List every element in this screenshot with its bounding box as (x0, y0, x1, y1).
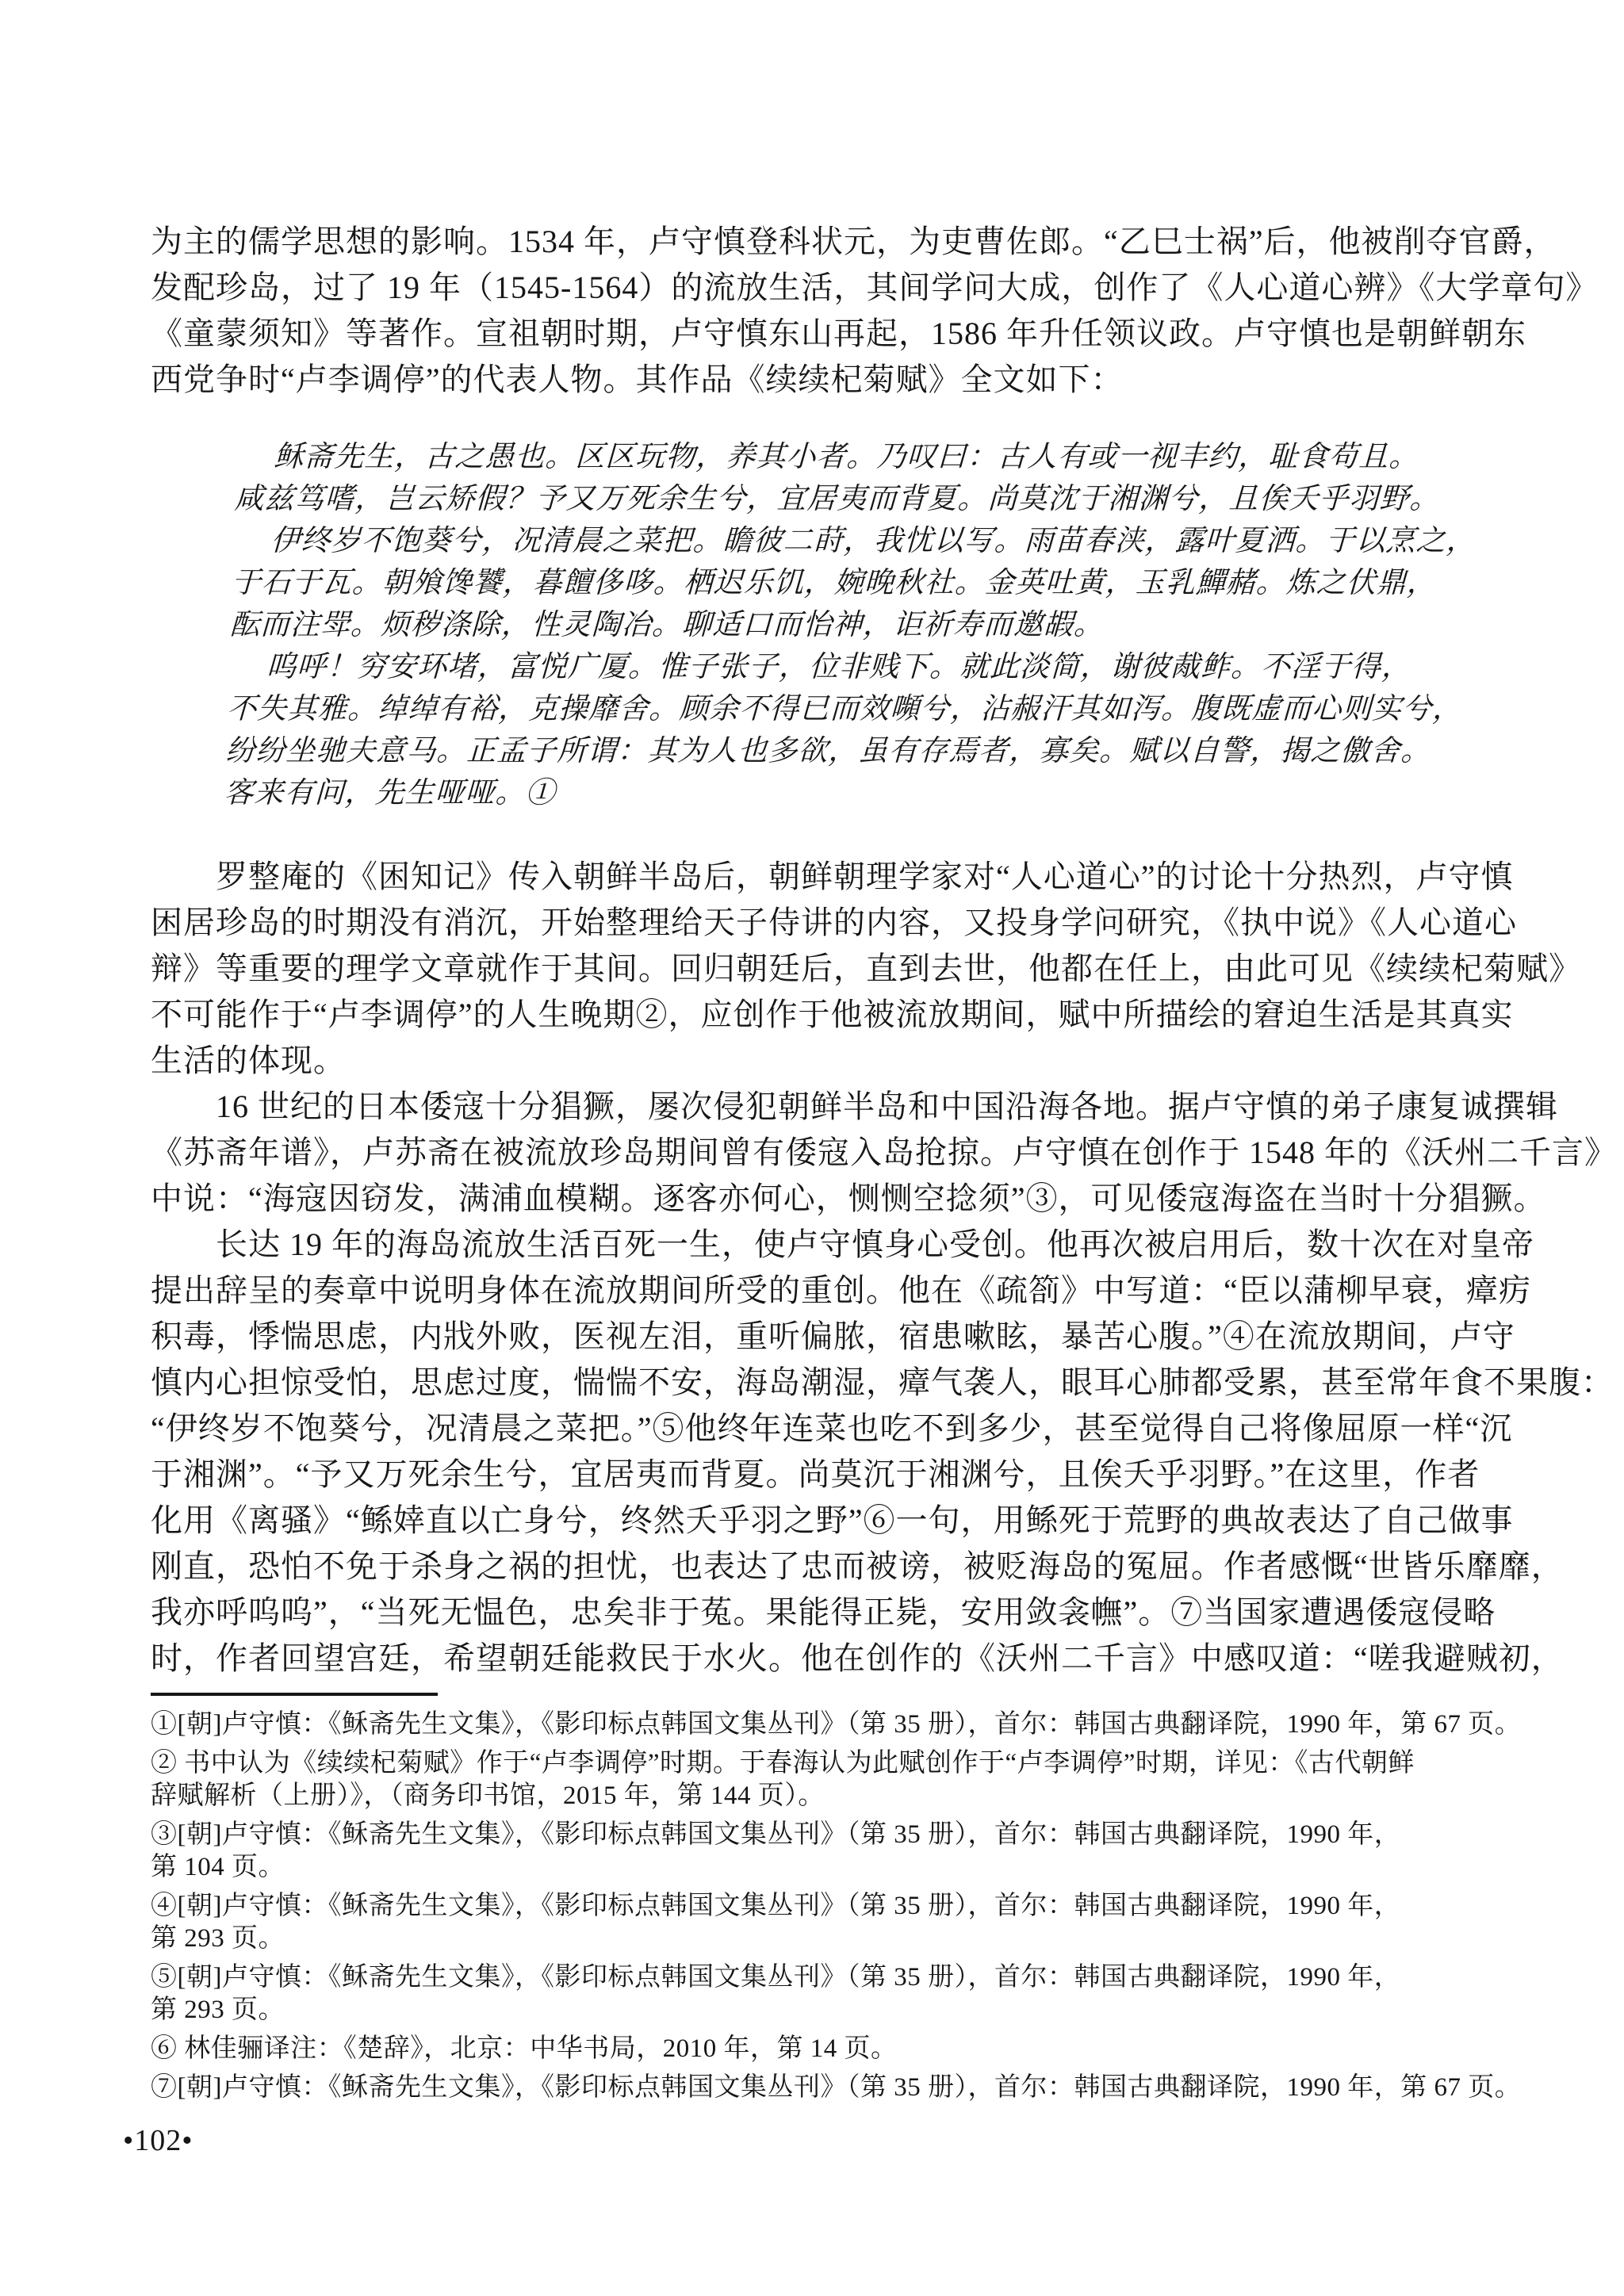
quote-line: 稣斋先生，古之愚也。区区玩物，养其小者。乃叹曰：古人有或一视丰约，耻食苟且。 (235, 436, 1538, 478)
text-line: 中说：“海寇因窃发，满浦血模糊。逐客亦何心，恻恻空捻须”③，可见倭寇海盗在当时十… (151, 1176, 1532, 1222)
footnote-7: ⑦[朝]卢守慎：《稣斋先生文集》，《影印标点韩国文集丛刊》（第 35 册），首尔… (151, 2072, 1532, 2104)
footnote-5: ⑤[朝]卢守慎：《稣斋先生文集》，《影印标点韩国文集丛刊》（第 35 册），首尔… (151, 1961, 1532, 2026)
block-quote-fu-poem: 稣斋先生，古之愚也。区区玩物，养其小者。乃叹曰：古人有或一视丰约，耻食苟且。 咸… (224, 436, 1539, 814)
footnote-line: 第 104 页。 (151, 1851, 1532, 1884)
quote-line: 纷纷坐驰夫意马。正孟子所谓：其为人也多欲，虽有存焉者，寡矣。赋以自警，揭之儌舍。 (225, 730, 1529, 772)
paragraph-1: 为主的儒学思想的影响。1534 年，卢守慎登科状元，为吏曹佐郎。“乙巳士祸”后，… (151, 219, 1532, 403)
text-line: 辩》等重要的理学文章就作于其间。回归朝廷后，直到去世，他都在任上，由此可见《续续… (151, 946, 1532, 992)
footnote-3: ③[朝]卢守慎：《稣斋先生文集》，《影印标点韩国文集丛刊》（第 35 册），首尔… (151, 1819, 1532, 1884)
text-line: 化用《离骚》“鲧婞直以亡身兮，终然夭乎羽之野”⑥一句，用鲧死于荒野的典故表达了自… (151, 1498, 1532, 1544)
text-line: 不可能作于“卢李调停”的人生晚期②，应创作于他被流放期间，赋中所描绘的窘迫生活是… (151, 992, 1532, 1038)
footnote-line: ①[朝]卢守慎：《稣斋先生文集》，《影印标点韩国文集丛刊》（第 35 册），首尔… (151, 1709, 1532, 1741)
text-line: 《童蒙须知》等著作。宣祖朝时期，卢守慎东山再起，1586 年升任领议政。卢守慎也… (151, 311, 1532, 357)
page-number: •102• (123, 2123, 193, 2158)
quote-line: 咸兹笃嗜，岂云矫假？予又万死余生兮，宜居夷而背夏。尚莫沈于湘渊兮，且俟夭乎羽野。 (234, 478, 1538, 520)
footnote-line: ⑥ 林佳骊译注：《楚辞》，北京：中华书局，2010 年，第 14 页。 (151, 2033, 1532, 2065)
footnote-line: ② 书中认为《续续杞菊赋》作于“卢李调停”时期。于春海认为此赋创作于“卢李调停”… (151, 1747, 1532, 1780)
footnote-line: ④[朝]卢守慎：《稣斋先生文集》，《影印标点韩国文集丛刊》（第 35 册），首尔… (151, 1890, 1532, 1923)
text-line: 《苏斋年谱》，卢苏斋在被流放珍岛期间曾有倭寇入岛抢掠。卢守慎在创作于 1548 … (151, 1130, 1532, 1176)
text-line: 困居珍岛的时期没有消沉，开始整理给天子侍讲的内容，又投身学问研究，《执中说》《人… (151, 900, 1532, 946)
quote-line: 于石于瓦。朝飧馋饕，暮饘侈哆。栖迟乐饥，婉晚秋社。金英吐黄，玉乳鱓赭。炼之伏鼎， (231, 562, 1534, 604)
quote-line: 不失其雅。绰绰有裕，克操靡舍。顾余不得已而效嚬兮，沾赧汗其如泻。腹既虚而心则实兮… (226, 688, 1530, 730)
quote-line: 伊终岁不饱葵兮，况清晨之菜把。瞻彼二莳，我忧以写。雨苗春浃，露叶夏洒。于以烹之， (232, 520, 1536, 562)
footnote-6: ⑥ 林佳骊译注：《楚辞》，北京：中华书局，2010 年，第 14 页。 (151, 2033, 1532, 2065)
footnote-line: ⑤[朝]卢守慎：《稣斋先生文集》，《影印标点韩国文集丛刊》（第 35 册），首尔… (151, 1961, 1532, 1994)
document-page: 为主的儒学思想的影响。1534 年，卢守慎登科状元，为吏曹佐郎。“乙巳士祸”后，… (0, 0, 1624, 2296)
text-line: “伊终岁不饱葵兮，况清晨之菜把。”⑤他终年连菜也吃不到多少，甚至觉得自己将像屈原… (151, 1406, 1532, 1452)
footnote-line: 第 293 页。 (151, 1994, 1532, 2026)
footnotes-section: ①[朝]卢守慎：《稣斋先生文集》，《影印标点韩国文集丛刊》（第 35 册），首尔… (151, 1709, 1532, 2104)
quote-line: 客来有问，先生哑哑。① (224, 772, 1527, 814)
paragraph-3: 16 世纪的日本倭寇十分猖獗，屡次侵犯朝鲜半岛和中国沿海各地。据卢守慎的弟子康复… (151, 1084, 1532, 1222)
text-line: 罗整庵的《困知记》传入朝鲜半岛后，朝鲜朝理学家对“人心道心”的讨论十分热烈，卢守… (151, 854, 1532, 900)
footnote-2: ② 书中认为《续续杞菊赋》作于“卢李调停”时期。于春海认为此赋创作于“卢李调停”… (151, 1747, 1532, 1812)
footnote-line: ⑦[朝]卢守慎：《稣斋先生文集》，《影印标点韩国文集丛刊》（第 35 册），首尔… (151, 2072, 1532, 2104)
paragraph-4: 长达 19 年的海岛流放生活百死一生，使卢守慎身心受创。他再次被启用后，数十次在… (151, 1222, 1532, 1682)
footnote-1: ①[朝]卢守慎：《稣斋先生文集》，《影印标点韩国文集丛刊》（第 35 册），首尔… (151, 1709, 1532, 1741)
text-line: 提出辞呈的奏章中说明身体在流放期间所受的重创。他在《疏箚》中写道：“臣以蒲柳早衰… (151, 1268, 1532, 1314)
text-line: 积毒，悸惴思虑，内戕外败，医视左泪，重听偏脓，宿患嗽眩，暴苦心腹。”④在流放期间… (151, 1314, 1532, 1360)
text-line: 刚直，恐怕不免于杀身之祸的担忧，也表达了忠而被谤，被贬海岛的冤屈。作者感慨“世皆… (151, 1544, 1532, 1590)
text-line: 发配珍岛，过了 19 年（1545-1564）的流放生活，其间学问大成，创作了《… (151, 265, 1532, 311)
text-line: 西党争时“卢李调停”的代表人物。其作品《续续杞菊赋》全文如下： (151, 357, 1532, 403)
quote-line: 呜呼！穷安环堵，富悦广厦。惟子张子，位非贱下。就此淡简，谢彼胾鲊。不淫于得， (228, 646, 1531, 688)
footnote-divider (151, 1693, 438, 1696)
footnote-line: 辞赋解析（上册）》，（商务印书馆，2015 年，第 144 页）。 (151, 1780, 1532, 1812)
footnote-line: 第 293 页。 (151, 1923, 1532, 1955)
text-line: 16 世纪的日本倭寇十分猖獗，屡次侵犯朝鲜半岛和中国沿海各地。据卢守慎的弟子康复… (151, 1084, 1532, 1130)
text-line: 于湘渊”。“予又万死余生兮，宜居夷而背夏。尚莫沉于湘渊兮，且俟夭乎羽野。”在这里… (151, 1452, 1532, 1498)
text-line: 为主的儒学思想的影响。1534 年，卢守慎登科状元，为吏曹佐郎。“乙巳士祸”后，… (151, 219, 1532, 265)
text-line: 慎内心担惊受怕，思虑过度，惴惴不安，海岛潮湿，瘴气袭人，眼耳心肺都受累，甚至常年… (151, 1360, 1532, 1406)
footnote-4: ④[朝]卢守慎：《稣斋先生文集》，《影印标点韩国文集丛刊》（第 35 册），首尔… (151, 1890, 1532, 1955)
text-line: 长达 19 年的海岛流放生活百死一生，使卢守慎身心受创。他再次被启用后，数十次在… (151, 1222, 1532, 1268)
body-text: 为主的儒学思想的影响。1534 年，卢守慎登科状元，为吏曹佐郎。“乙巳士祸”后，… (151, 219, 1532, 2110)
text-line: 我亦呼呜呜”，“当死无愠色，忠矣非于菟。果能得正毙，安用敛衾幠”。⑦当国家遭遇倭… (151, 1590, 1532, 1636)
quote-line: 酝而注斝。烦秽涤除，性灵陶冶。聊适口而怡神，讵祈寿而邀嘏。 (229, 604, 1533, 646)
text-line: 时，作者回望宫廷，希望朝廷能救民于水火。他在创作的《沃州二千言》中感叹道：“嗟我… (151, 1636, 1532, 1682)
footnote-line: ③[朝]卢守慎：《稣斋先生文集》，《影印标点韩国文集丛刊》（第 35 册），首尔… (151, 1819, 1532, 1851)
text-line: 生活的体现。 (151, 1038, 1532, 1084)
paragraph-2: 罗整庵的《困知记》传入朝鲜半岛后，朝鲜朝理学家对“人心道心”的讨论十分热烈，卢守… (151, 854, 1532, 1084)
